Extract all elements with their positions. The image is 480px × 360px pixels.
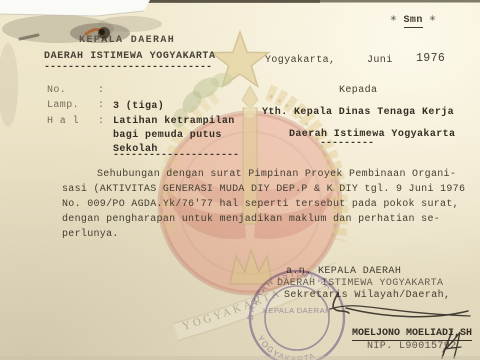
signatory-name: MOELJONO MOELIADI,SH [352, 328, 472, 341]
dateline-city: Yogyakarta, [265, 55, 335, 67]
body-line: sasi (AKTIVITAS GENERASI MUDA DIY DEP.P … [62, 184, 465, 196]
emblem-leaf [189, 73, 222, 103]
ref-hal-underline: --------------------- [113, 150, 239, 162]
stamp-bottom-arc-text: YOGYAKARTA [256, 334, 318, 360]
svg-text:YOGYAKARTA: YOGYAKARTA [181, 287, 284, 333]
emblem-star [212, 32, 269, 86]
signature-org-line: DAERAH ISTIMEWA YOGYAKARTA [277, 278, 443, 290]
ref-lamp-label: Lamp. [47, 100, 79, 112]
signature-title-line: Sekretaris Wilayah/Daerah, [284, 290, 450, 302]
body-line: Sehubungan dengan surat Pimpinan Proyek … [97, 169, 456, 181]
ref-lamp-value: 3 (tiga) [113, 101, 164, 113]
stamp-center-text: KEPALA DAERAH [263, 306, 331, 315]
recipient-line1: Yth. Kepala Dinas Tenaga Kerja [262, 107, 454, 119]
ref-lamp-colon: : [98, 100, 104, 112]
corner-code: ✳ Smn ✳ [390, 13, 436, 27]
ref-hal-line1: Latihan ketrampilan [113, 116, 235, 128]
body-line: No. 009/PO AGDA.Yk/76'77 hal seperti ter… [62, 199, 459, 211]
ref-hal-colon: : [98, 116, 104, 128]
signature-an-line: a.n. KEPALA DAERAH [286, 266, 401, 278]
recipient-kepada: Kepada [339, 85, 377, 97]
body-line: perlunya. [62, 229, 119, 241]
dateline-month: Juni [367, 55, 393, 67]
ref-no-colon: : [98, 85, 104, 97]
torn-paper-patch [0, 0, 150, 16]
ref-hal-label: H a l [47, 116, 79, 128]
asterisk-icon: ✳ [429, 14, 436, 23]
body-line: dengan pengharapan untuk menjadikan makl… [62, 214, 440, 226]
burn-streak [86, 30, 102, 34]
ref-hal-line2: bagi pemuda putus [113, 130, 222, 142]
letterhead-office: KEPALA DAERAH [79, 35, 175, 47]
dateline-year: 1976 [416, 53, 445, 65]
signatory-nip: NIP. L90015792 [367, 341, 457, 353]
emblem-crown [230, 250, 272, 284]
asterisk-icon: ✳ [390, 14, 397, 23]
recipient-underline: --------- [320, 138, 374, 150]
letterhead-underline: ---------------------------- [44, 62, 212, 74]
svg-text:YOGYAKARTA: YOGYAKARTA [256, 334, 318, 360]
corner-code-text: Smn [404, 15, 423, 28]
ref-no-label: No. [47, 85, 66, 97]
scanned-letter: YOGYAKARTA ✳ Smn ✳ KEPALA DAERAH DAERAH … [0, 0, 480, 360]
emblem-ribbon-text: YOGYAKARTA [181, 287, 284, 333]
